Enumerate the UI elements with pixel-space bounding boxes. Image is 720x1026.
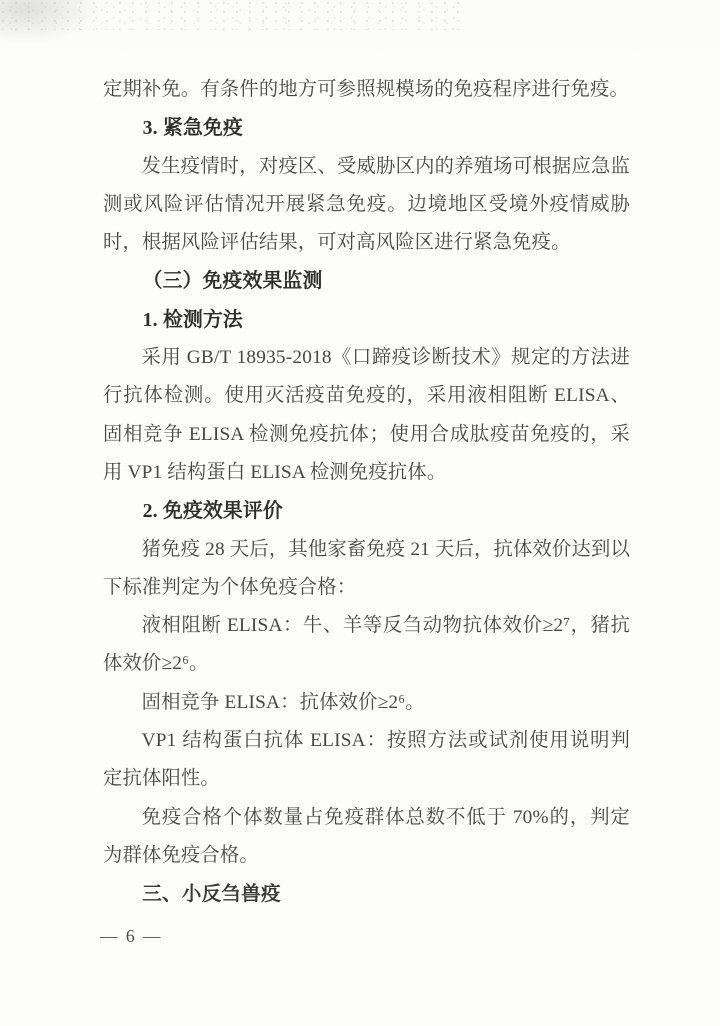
heading-immunization-effect-monitoring: （三）免疫效果监测 [103,262,630,300]
paragraph-liquid-phase-blocking-elisa: 液相阻断 ELISA：牛、羊等反刍动物抗体效价≥2⁷，猪抗体效价≥2⁶。 [103,607,630,684]
paragraph-herd-qualification-threshold: 免疫合格个体数量占免疫群体总数不低于 70%的，判定为群体免疫合格。 [103,799,630,876]
paragraph-emergency-immunization: 发生疫情时，对疫区、受威胁区内的养殖场可根据应急监测或风险评估情况开展紧急免疫。… [103,148,630,263]
document-content: 定期补免。有条件的地方可参照规模场的免疫程序进行免疫。 3. 紧急免疫 发生疫情… [103,71,630,914]
document-page: 定期补免。有条件的地方可参照规模场的免疫程序进行免疫。 3. 紧急免疫 发生疫情… [0,0,720,1026]
paragraph-regular-immunization-continuation: 定期补免。有条件的地方可参照规模场的免疫程序进行免疫。 [103,71,630,109]
page-number: — 6 — [100,926,163,947]
paragraph-solid-phase-competition-elisa: 固相竞争 ELISA：抗体效价≥2⁶。 [103,684,630,722]
heading-peste-des-petits-ruminants: 三、小反刍兽疫 [103,875,630,913]
paragraph-vp1-structural-protein-elisa: VP1 结构蛋白抗体 ELISA：按照方法或试剂使用说明判定抗体阳性。 [103,722,630,799]
heading-detection-method: 1. 检测方法 [103,301,630,339]
heading-immunization-effect-evaluation: 2. 免疫效果评价 [103,492,630,530]
paragraph-evaluation-criteria: 猪免疫 28 天后，其他家畜免疫 21 天后，抗体效价达到以下标准判定为个体免疫… [103,531,630,608]
heading-emergency-immunization: 3. 紧急免疫 [103,109,630,147]
scan-smudge-artifact [0,0,102,44]
paragraph-detection-method: 采用 GB/T 18935-2018《口蹄疫诊断技术》规定的方法进行抗体检测。使… [103,339,630,492]
